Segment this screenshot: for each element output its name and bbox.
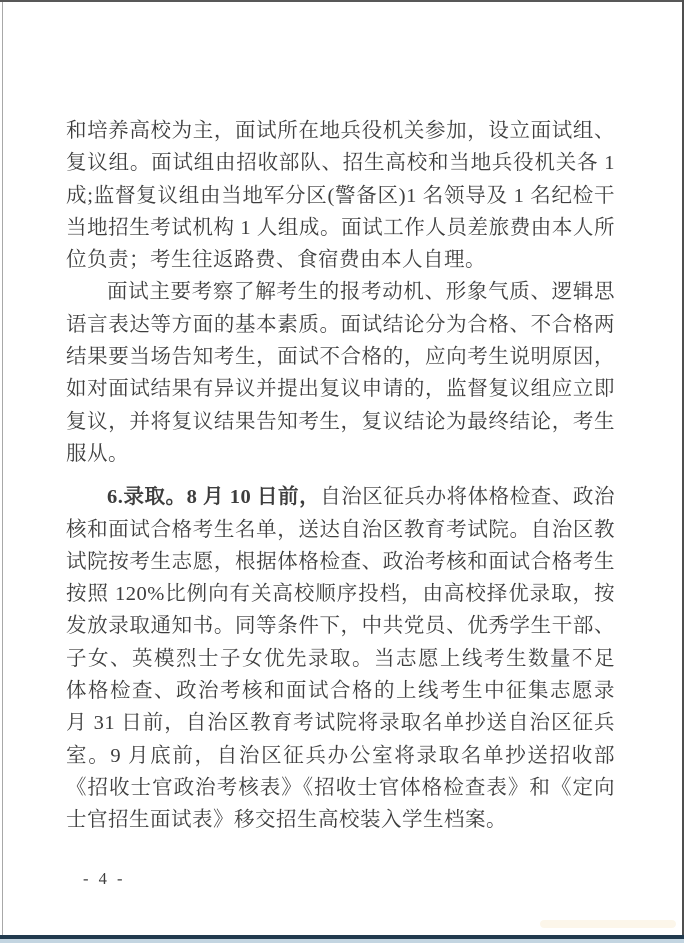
page-top-edge	[0, 0, 684, 2]
text-line: 复议组。面试组由招收部队、招生高校和当地兵役机关各 1 人组	[66, 147, 615, 179]
text-line: 复议，并将复议结果告知考生，复议结论为最终结论，考生必须	[66, 406, 615, 438]
text-line: 位负责；考生往返路费、食宿费由本人自理。	[66, 244, 615, 276]
scanned-document-page: { "page": { "background": "#ffffff", "te…	[0, 0, 684, 943]
text-line: 《招收士官政治考核表》《招收士官体格检查表》和《定向培养	[66, 772, 615, 804]
page-left-edge	[2, 2, 3, 936]
text-line: 语言表达等方面的基本素质。面试结论分为合格、不合格两种，	[66, 309, 615, 341]
paragraph: 面试主要考察了解考生的报考动机、形象气质、逻辑思维、语言表达等方面的基本素质。面…	[66, 276, 615, 470]
text-line: 6.录取。8 月 10 日前，自治区征兵办将体格检查、政治考	[66, 481, 615, 513]
text-line: 体格检查、政治考核和面试合格的上线考生中征集志愿录取。8	[66, 675, 615, 707]
paragraph: 和培养高校为主，面试所在地兵役机关参加，设立面试组、监督复议组。面试组由招收部队…	[66, 115, 615, 276]
text-line: 室。9 月底前，自治区征兵办公室将录取名单抄送招收部队，将	[66, 740, 615, 772]
text-line: 月 31 日前，自治区教育考试院将录取名单抄送自治区征兵办公	[66, 707, 615, 739]
paragraph: 6.录取。8 月 10 日前，自治区征兵办将体格检查、政治考核和面试合格考生名单…	[66, 481, 615, 836]
text-line: 结果要当场告知考生，面试不合格的，应向考生说明原因，考生	[66, 341, 615, 373]
text-line: 成;监督复议组由当地军分区(警备区)1 名领导及 1 名纪检干事、	[66, 180, 615, 212]
text-line: 试院按考生志愿，根据体格检查、政治考核和面试合格考生名单，	[66, 546, 615, 578]
text-line: 士官招生面试表》移交招生高校装入学生档案。	[66, 804, 615, 836]
text-line: 当地招生考试机构 1 人组成。面试工作人员差旅费由本人所在单	[66, 212, 615, 244]
page-bottom-strip	[0, 939, 684, 943]
text-line: 和培养高校为主，面试所在地兵役机关参加，设立面试组、监督	[66, 115, 615, 147]
text-line: 发放录取通知书。同等条件下，中共党员、优秀学生干部、军人	[66, 610, 615, 642]
text-line: 面试主要考察了解考生的报考动机、形象气质、逻辑思维、	[66, 276, 615, 308]
text-line: 服从。	[66, 438, 615, 470]
page-number: - 4 -	[83, 869, 126, 889]
document-body: 和培养高校为主，面试所在地兵役机关参加，设立面试组、监督复议组。面试组由招收部队…	[66, 115, 615, 837]
text-line: 核和面试合格考生名单，送达自治区教育考试院。自治区教育考	[66, 514, 615, 546]
text-line: 子女、英模烈士子女优先录取。当志愿上线考生数量不足时，从	[66, 643, 615, 675]
bold-text-run: 6.录取。8 月 10 日前，	[107, 486, 320, 508]
scan-artifact	[540, 920, 676, 928]
text-line: 如对面试结果有异议并提出复议申请的，监督复议组应立即组织	[66, 373, 615, 405]
text-line: 按照 120%比例向有关高校顺序投档，由高校择优录取，按规定	[66, 578, 615, 610]
